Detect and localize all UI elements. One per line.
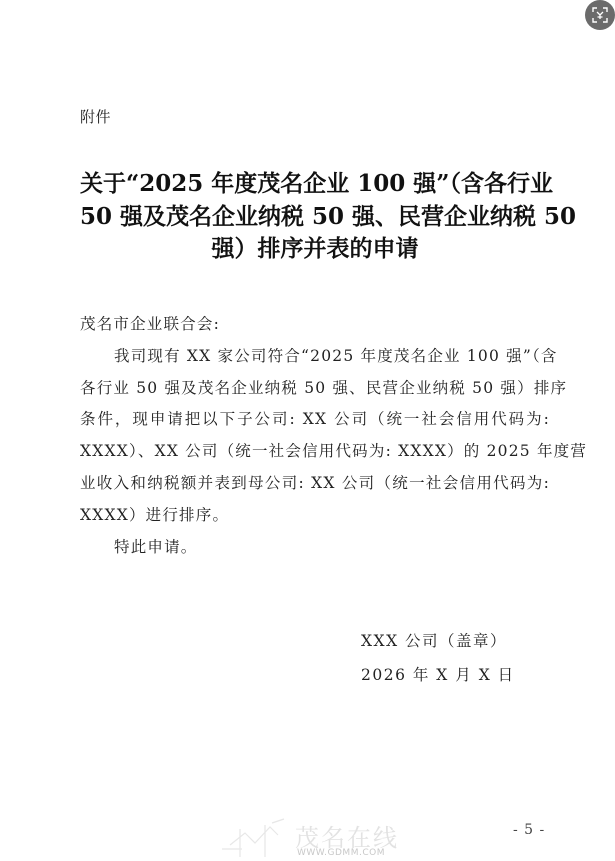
signature-block: XXX 公司（盖章） 2026 年 X 月 X 日 — [361, 624, 515, 692]
signature-company: XXX 公司（盖章） — [361, 624, 515, 658]
document-title: 关于“2025 年度茂名企业 100 强”（含各行业 50 强及茂名企业纳税 5… — [80, 168, 550, 266]
body-line-4: XXXX）、XX 公司（统一社会信用代码为: XXXX）的 2025 年度营 — [80, 436, 550, 468]
body-line-1: 我司现有 XX 家公司符合“2025 年度茂名企业 100 强”（含 — [80, 341, 550, 373]
screen-translate-button[interactable] — [585, 0, 615, 30]
title-line-3: 强）排序并表的申请 — [80, 233, 550, 266]
body-line-6: XXXX）进行排序。 — [80, 500, 550, 532]
screen-translate-icon — [592, 7, 608, 23]
watermark-url: WWW.GDMM.COM — [297, 848, 385, 858]
closing-text: 特此申请。 — [80, 532, 550, 564]
salutation: 茂名市企业联合会: — [80, 309, 550, 341]
body-line-2: 各行业 50 强及茂名企业纳税 50 强、民营企业纳税 50 强）排序 — [80, 373, 550, 405]
attachment-label: 附件 — [80, 106, 111, 127]
body-line-5: 业收入和纳税额并表到母公司: XX 公司（统一社会信用代码为: — [80, 468, 550, 500]
body-line-3: 条件，现申请把以下子公司: XX 公司（统一社会信用代码为: — [80, 404, 550, 436]
title-line-1: 关于“2025 年度茂名企业 100 强”（含各行业 — [80, 168, 550, 201]
signature-date: 2026 年 X 月 X 日 — [361, 658, 515, 692]
title-line-2: 50 强及茂名企业纳税 50 强、民营企业纳税 50 — [80, 201, 550, 234]
page-number: - 5 - — [513, 822, 545, 838]
document-body: 茂名市企业联合会: 我司现有 XX 家公司符合“2025 年度茂名企业 100 … — [80, 309, 550, 563]
